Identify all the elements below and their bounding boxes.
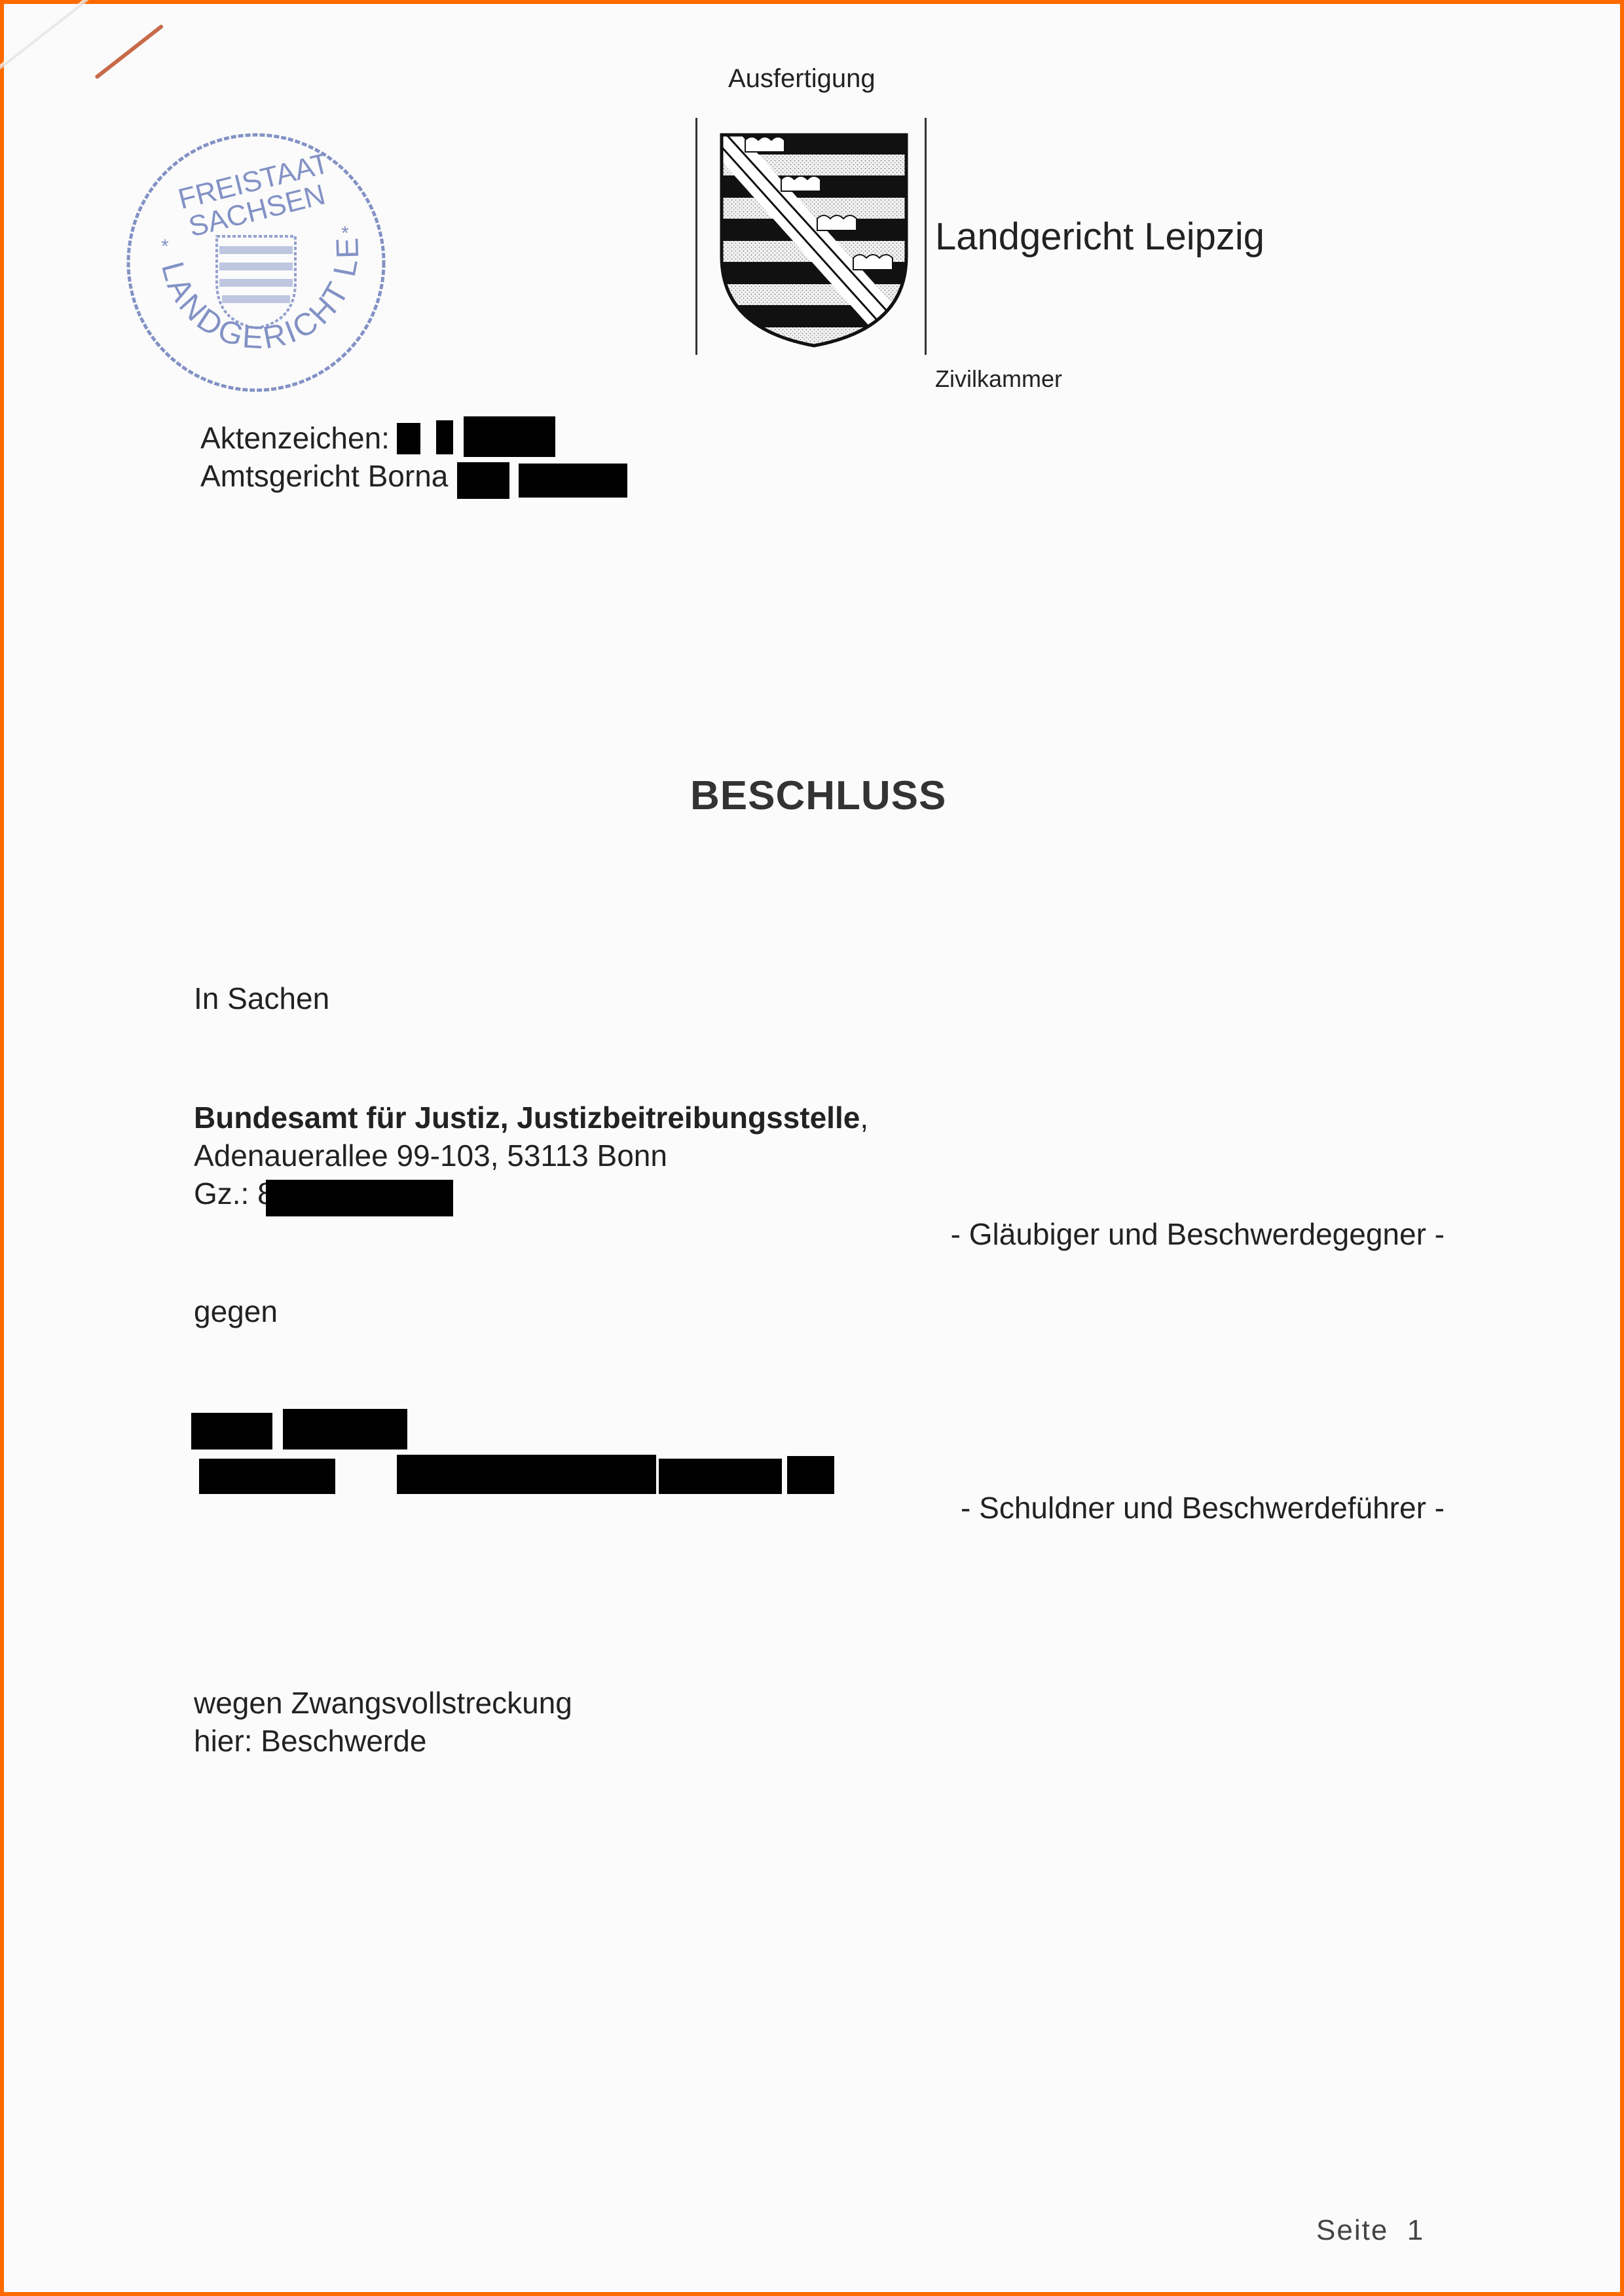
debtor-address-redaction — [659, 1459, 782, 1494]
creditor-name-text: Bundesamt für Justiz, Justizbeitreibungs… — [194, 1101, 860, 1135]
staple-mark — [94, 24, 164, 80]
redaction-block — [464, 416, 555, 457]
subject-detail: hier: Beschwerde — [194, 1722, 426, 1760]
creditor-role: - Gläubiger und Beschwerdegegner - — [951, 1215, 1445, 1253]
svg-text:LANDGERICHT LEIPZIG: LANDGERICHT LEIPZIG — [122, 128, 365, 355]
debtor-address-redaction — [787, 1456, 834, 1494]
page-number: Seite 1 — [1316, 2214, 1424, 2247]
intro-text: In Sachen — [194, 979, 329, 1017]
court-seal-stamp-icon: FREISTAAT SACHSEN LANDGERICHT LEIPZIG * … — [122, 128, 397, 403]
redaction-block — [397, 423, 420, 454]
subject-line: wegen Zwangsvollstreckung — [194, 1684, 572, 1722]
debtor-role: - Schuldner und Beschwerdeführer - — [961, 1489, 1445, 1527]
redaction-block — [436, 420, 453, 454]
document-page: FREISTAAT SACHSEN LANDGERICHT LEIPZIG * … — [4, 4, 1620, 2292]
header-divider-right — [925, 118, 927, 355]
svg-text:*: * — [161, 236, 169, 257]
debtor-address-redaction — [397, 1455, 656, 1494]
creditor-address: Adenauerallee 99-103, 53113 Bonn — [194, 1137, 667, 1175]
debtor-address-redaction — [199, 1459, 335, 1494]
chamber-name: Zivilkammer — [935, 365, 1062, 393]
creditor-name-suffix: , — [860, 1101, 868, 1135]
court-name: Landgericht Leipzig — [935, 215, 1264, 259]
document-title: BESCHLUSS — [690, 773, 946, 819]
redaction-block — [519, 464, 627, 498]
debtor-name-redaction — [191, 1413, 272, 1449]
file-number-label: Aktenzeichen: — [200, 419, 390, 457]
creditor-reference-label: Gz.: 8 — [194, 1175, 274, 1212]
saxony-coat-of-arms-icon — [719, 132, 909, 348]
copy-label: Ausfertigung — [728, 64, 876, 94]
page-label: Seite — [1316, 2214, 1388, 2246]
redaction-block — [266, 1180, 453, 1216]
svg-text:*: * — [341, 223, 349, 244]
redaction-block — [457, 462, 509, 499]
creditor-name: Bundesamt für Justiz, Justizbeitreibungs… — [194, 1099, 868, 1137]
header-divider-left — [695, 118, 697, 355]
page-number-value: 1 — [1407, 2214, 1424, 2246]
versus-text: gegen — [194, 1292, 278, 1330]
lower-court-label: Amtsgericht Borna — [200, 457, 448, 495]
debtor-name-redaction — [283, 1409, 407, 1449]
